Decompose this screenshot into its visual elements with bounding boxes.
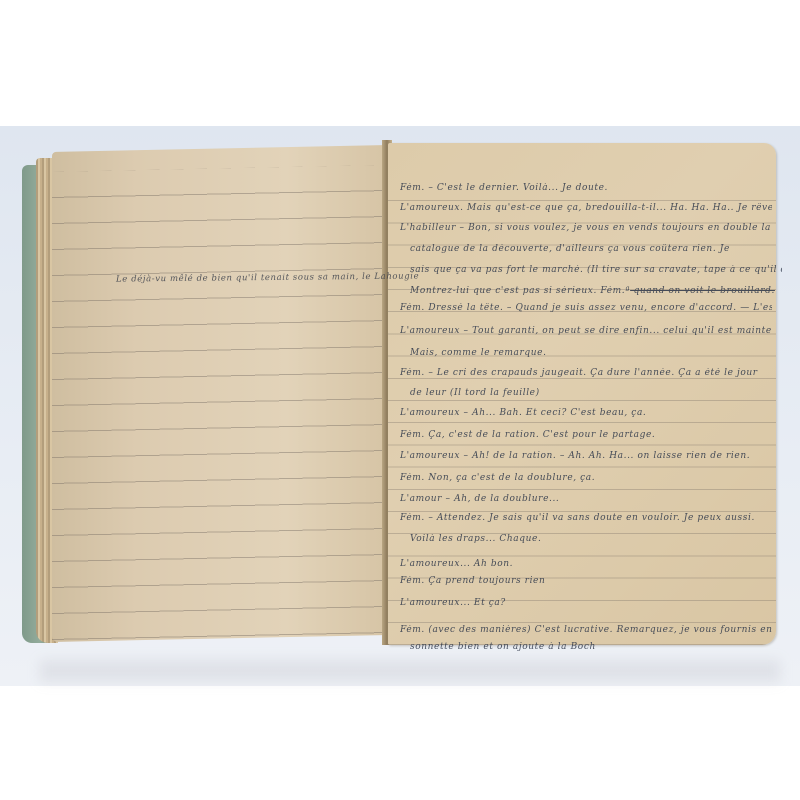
handwriting-line: L'habilleur – Bon, si vous voulez, je vo… (400, 223, 771, 233)
line-text: – Bon, si vous voulez, je vous en vends … (456, 223, 771, 233)
line-text: sonnette bien et on ajoute à la Boch (410, 642, 596, 652)
handwriting-line: sonnette bien et on ajoute à la Boch (410, 642, 596, 652)
line-text: – C'est le dernier. Voilà... Je doute. (425, 183, 608, 193)
notebook-shadow (40, 660, 780, 682)
handwriting-line: L'amoureux – Ah... Bah. Et ceci? C'est b… (400, 408, 646, 418)
speaker-name: L'amoureux (400, 326, 460, 336)
handwriting-line: de leur (Il tord la feuille) (410, 388, 540, 398)
line-text: – Ah, de la doublure... (442, 494, 559, 504)
handwriting-line: L'amoureux... Ah bon. (400, 559, 513, 569)
handwriting-line: Montrez-lui que c'est pas si sérieux. Fé… (410, 286, 775, 296)
line-text: – Attendez. Je sais qu'il va sans doute … (425, 513, 755, 523)
handwriting-line: Voilà les draps... Chaque. (410, 534, 541, 544)
line-text: . Mais qu'est-ce que ça, bredouilla-t-il… (460, 203, 772, 213)
line-text: sais que ça va pas fort le marché. (Il t… (410, 265, 782, 275)
line-text: Dressé la tête. – Quand je suis assez ve… (425, 303, 772, 313)
speaker-name: Fém. (400, 303, 425, 313)
speaker-name: L'amoureux (400, 408, 460, 418)
handwriting-line: sais que ça va pas fort le marché. (Il t… (410, 265, 782, 275)
handwriting-line: Fém. Non, ça c'est de la doublure, ça. (400, 473, 595, 483)
speaker-name: Fém. (400, 625, 425, 635)
line-text: – Le cri des crapauds jaugeait. Ça dure … (425, 368, 758, 378)
handwriting-line: L'amoureux – Tout garanti, on peut se di… (400, 326, 772, 336)
handwriting-line: L'amoureux – Ah! de la ration. – Ah. Ah.… (400, 451, 750, 461)
speaker-name: Fém. (400, 183, 425, 193)
speaker-name: L'habilleur (400, 223, 456, 233)
line-text: Non, ça c'est de la doublure, ça. (425, 473, 595, 483)
line-text: – Ah... Bah. Et ceci? C'est beau, ça. (460, 408, 646, 418)
line-text: – Tout garanti, on peut se dire enfin...… (460, 326, 772, 336)
line-text: (avec des manières) C'est lucrative. Rem… (425, 625, 772, 635)
handwriting-line: L'amour – Ah, de la doublure... (400, 494, 559, 504)
speaker-name: L'amoureux (400, 559, 460, 569)
speaker-name: Fém. (400, 513, 425, 523)
line-text: ... Ah bon. (460, 559, 513, 569)
line-text: de leur (Il tord la feuille) (410, 388, 540, 398)
line-text: – Ah! de la ration. – Ah. Ah. Ha... on l… (460, 451, 750, 461)
handwriting-line: Fém. (avec des manières) C'est lucrative… (400, 625, 772, 635)
handwriting-line: Fém. Dressé la tête. – Quand je suis ass… (400, 303, 772, 313)
speaker-name: L'amour (400, 494, 442, 504)
handwriting-line: catalogue de la découverte, d'ailleurs ç… (410, 244, 730, 254)
line-text: catalogue de la découverte, d'ailleurs ç… (410, 244, 730, 254)
handwriting-line: Fém. Ça prend toujours rien (400, 576, 545, 586)
left-page-rule-lines (52, 165, 388, 642)
handwriting-line: Mais, comme le remarque. (410, 348, 547, 358)
speaker-name: Fém. (400, 473, 425, 483)
left-page (52, 145, 388, 642)
line-text: Ça, c'est de la ration. C'est pour le pa… (425, 430, 655, 440)
speaker-name: Fém. (400, 368, 425, 378)
handwriting-line: Fém. – Attendez. Je sais qu'il va sans d… (400, 513, 755, 523)
struck-through-text: quand on voit le brouillard. (630, 286, 775, 296)
speaker-name: L'amoureux (400, 203, 460, 213)
handwriting-line: Fém. Ça, c'est de la ration. C'est pour … (400, 430, 655, 440)
line-text: Mais, comme le remarque. (410, 348, 547, 358)
handwriting-line: L'amoureux. Mais qu'est-ce que ça, bredo… (400, 203, 772, 213)
handwriting-line: Fém. – Le cri des crapauds jaugeait. Ça … (400, 368, 758, 378)
speaker-name: L'amoureux (400, 598, 460, 608)
line-text: Montrez-lui que c'est pas si sérieux. Fé… (410, 286, 630, 296)
handwriting-line: L'amoureux... Et ça? (400, 598, 506, 608)
line-text: Ça prend toujours rien (425, 576, 546, 586)
handwriting-line: Fém. – C'est le dernier. Voilà... Je dou… (400, 183, 608, 193)
speaker-name: L'amoureux (400, 451, 460, 461)
speaker-name: Fém. (400, 430, 425, 440)
speaker-name: Fém. (400, 576, 425, 586)
line-text: ... Et ça? (460, 598, 506, 608)
line-text: Voilà les draps... Chaque. (410, 534, 541, 544)
